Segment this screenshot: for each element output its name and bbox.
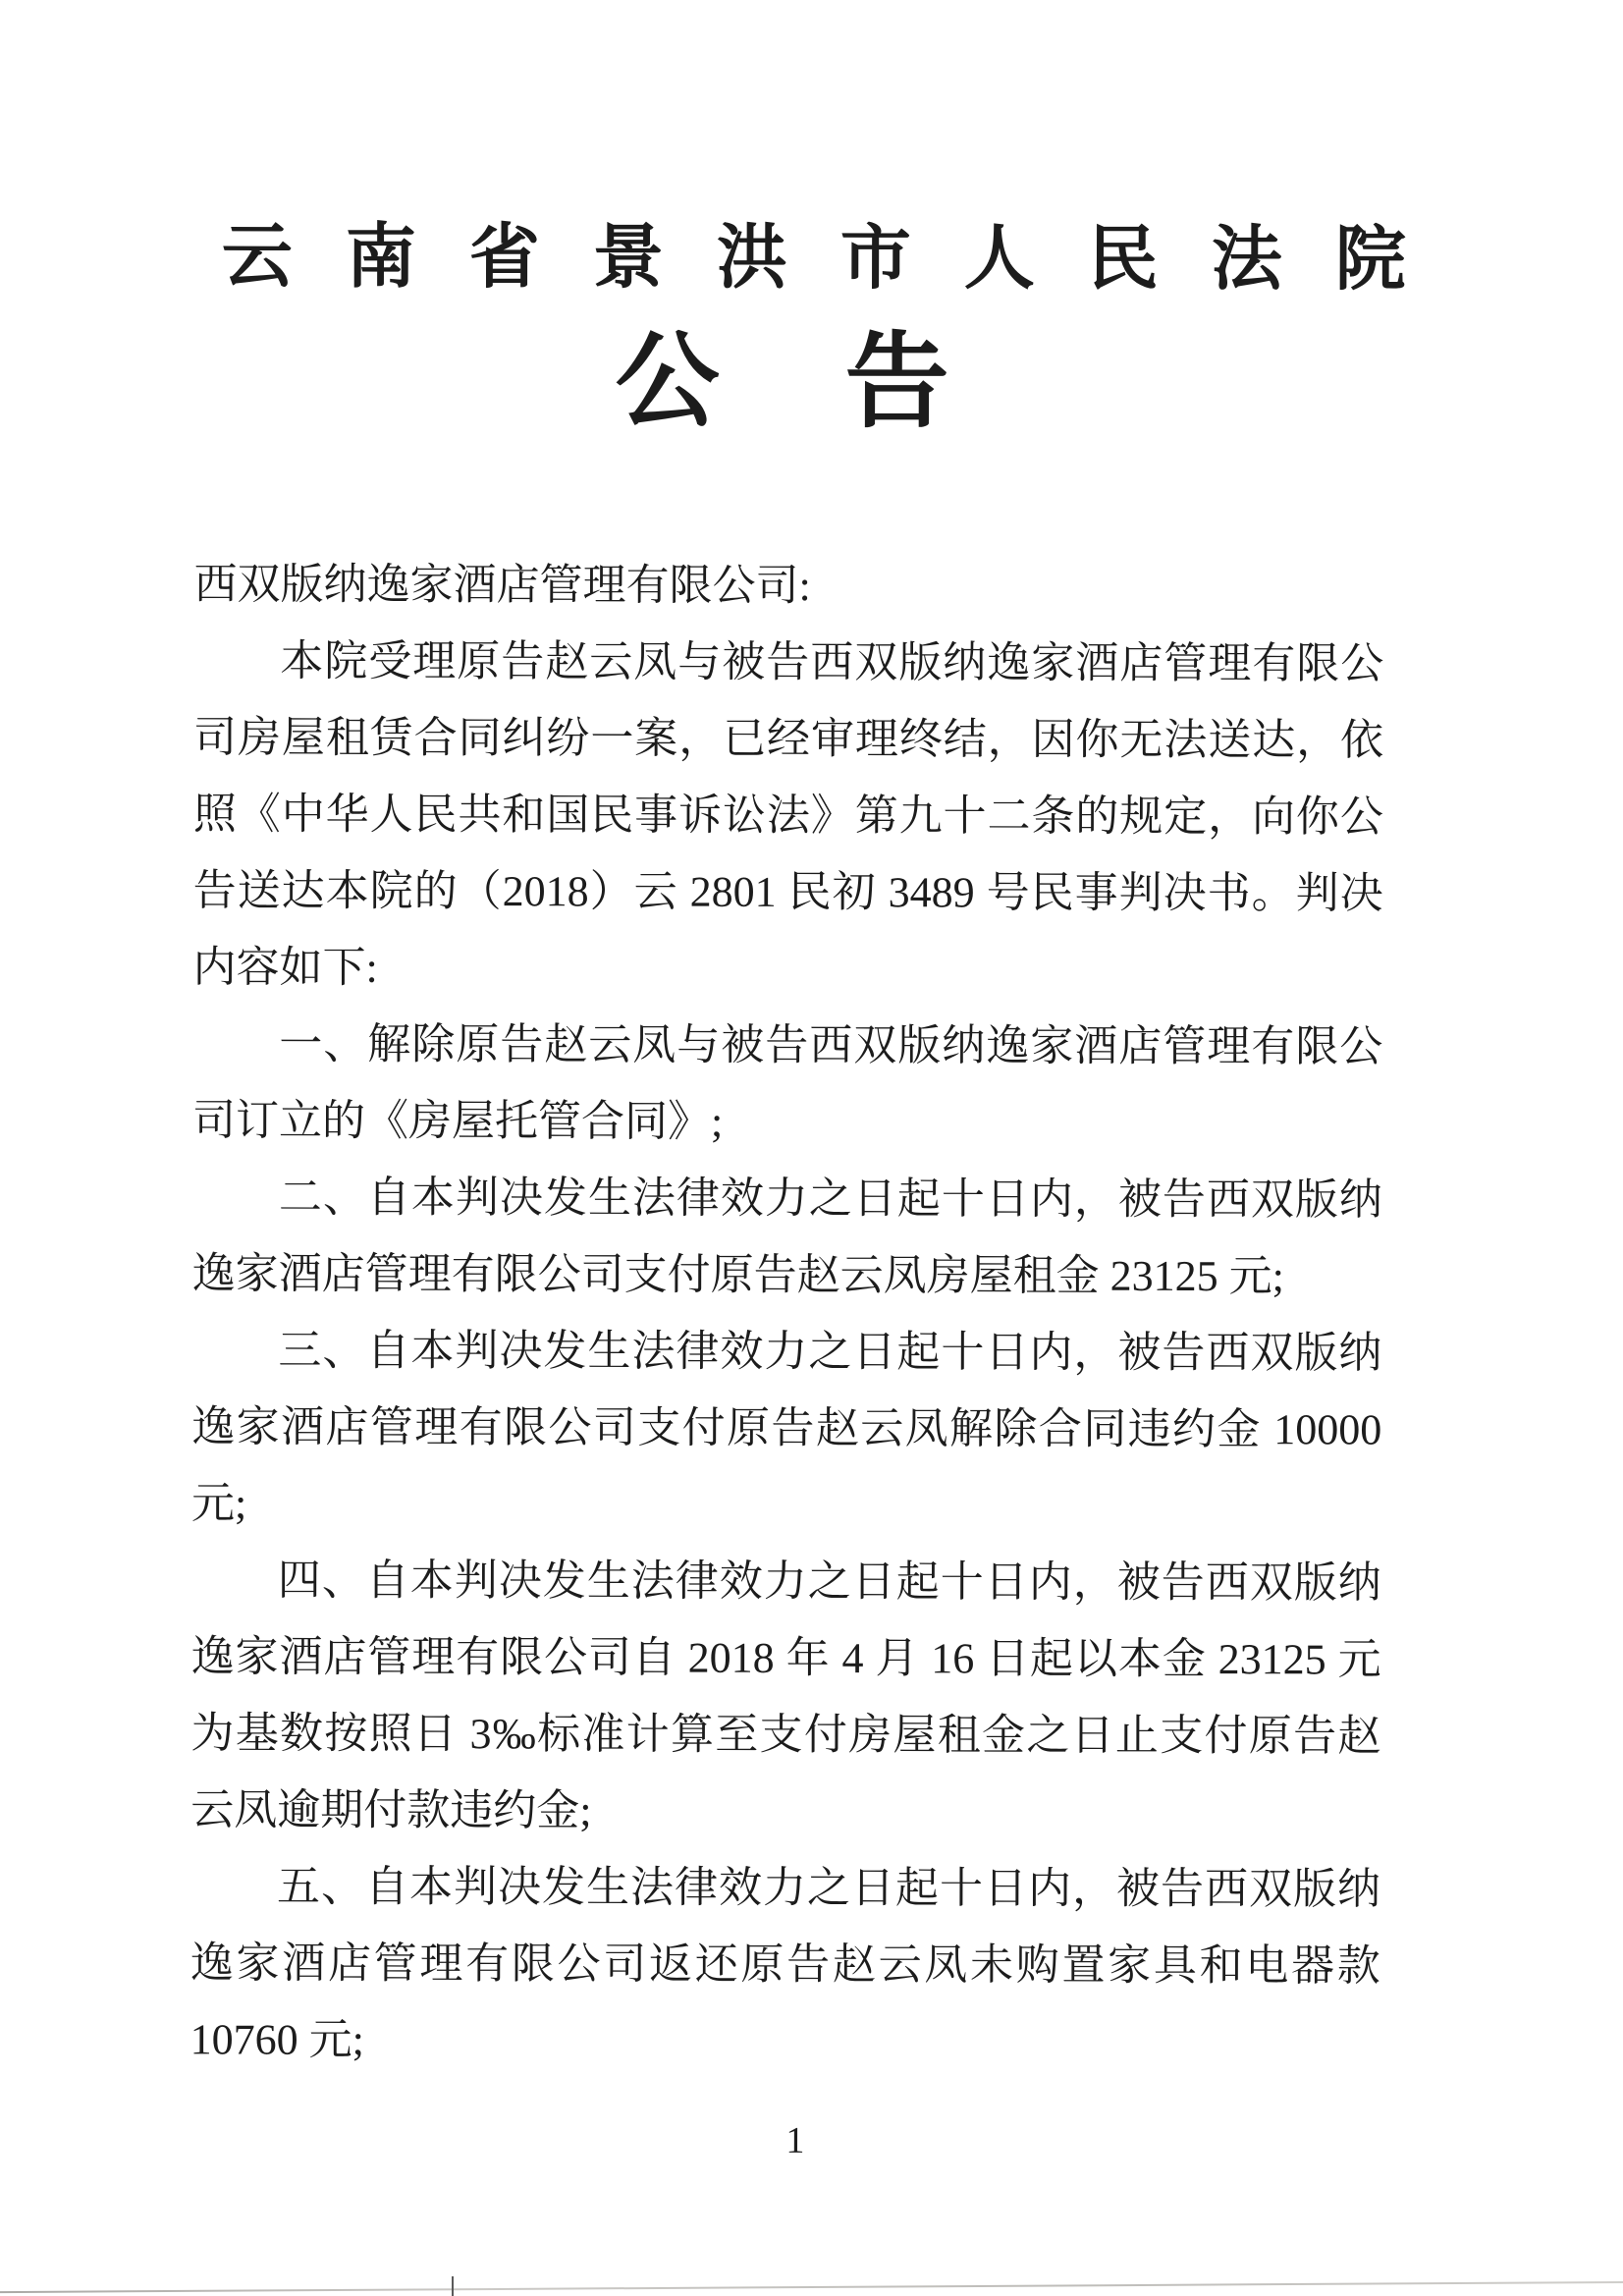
addressee-line: 西双版纳逸家酒店管理有限公司: [193, 546, 1383, 626]
paragraph-judgment-item-1: 一、解除原告赵云凤与被告西双版纳逸家酒店管理有限公司订立的《房屋托管合同》; [192, 1006, 1382, 1162]
paragraph-judgment-item-2: 二、自本判决发生法律效力之日起十日内，被告西双版纳逸家酒店管理有限公司支付原告赵… [192, 1159, 1382, 1315]
announcement-body: 西双版纳逸家酒店管理有限公司: 本院受理原告赵云凤与被告西双版纳逸家酒店管理有限… [190, 546, 1384, 2081]
paragraph-judgment-item-3: 三、自本判决发生法律效力之日起十日内，被告西双版纳逸家酒店管理有限公司支付原告赵… [191, 1312, 1382, 1545]
scan-artifact-tick-mark [452, 2276, 454, 2296]
paragraph-judgment-item-4: 四、自本判决发生法律效力之日起十日内，被告西双版纳逸家酒店管理有限公司自 201… [190, 1542, 1381, 1851]
scanned-court-notice-page: 云南省景洪市人民法院 公告 西双版纳逸家酒店管理有限公司: 本院受理原告赵云凤与… [0, 0, 1623, 2296]
page-number: 1 [0, 2117, 1606, 2166]
announcement-title: 公告 [0, 324, 1594, 443]
page-content: 云南省景洪市人民法院 公告 西双版纳逸家酒店管理有限公司: 本院受理原告赵云凤与… [0, 0, 1623, 2296]
court-name-title: 云南省景洪市人民法院 [2, 216, 1623, 301]
paragraph-judgment-item-5: 五、自本判决发生法律效力之日起十日内，被告西双版纳逸家酒店管理有限公司返还原告赵… [190, 1848, 1381, 2081]
paragraph-case-summary: 本院受理原告赵云凤与被告西双版纳逸家酒店管理有限公司房屋租赁合同纠纷一案，已经审… [192, 623, 1383, 1009]
